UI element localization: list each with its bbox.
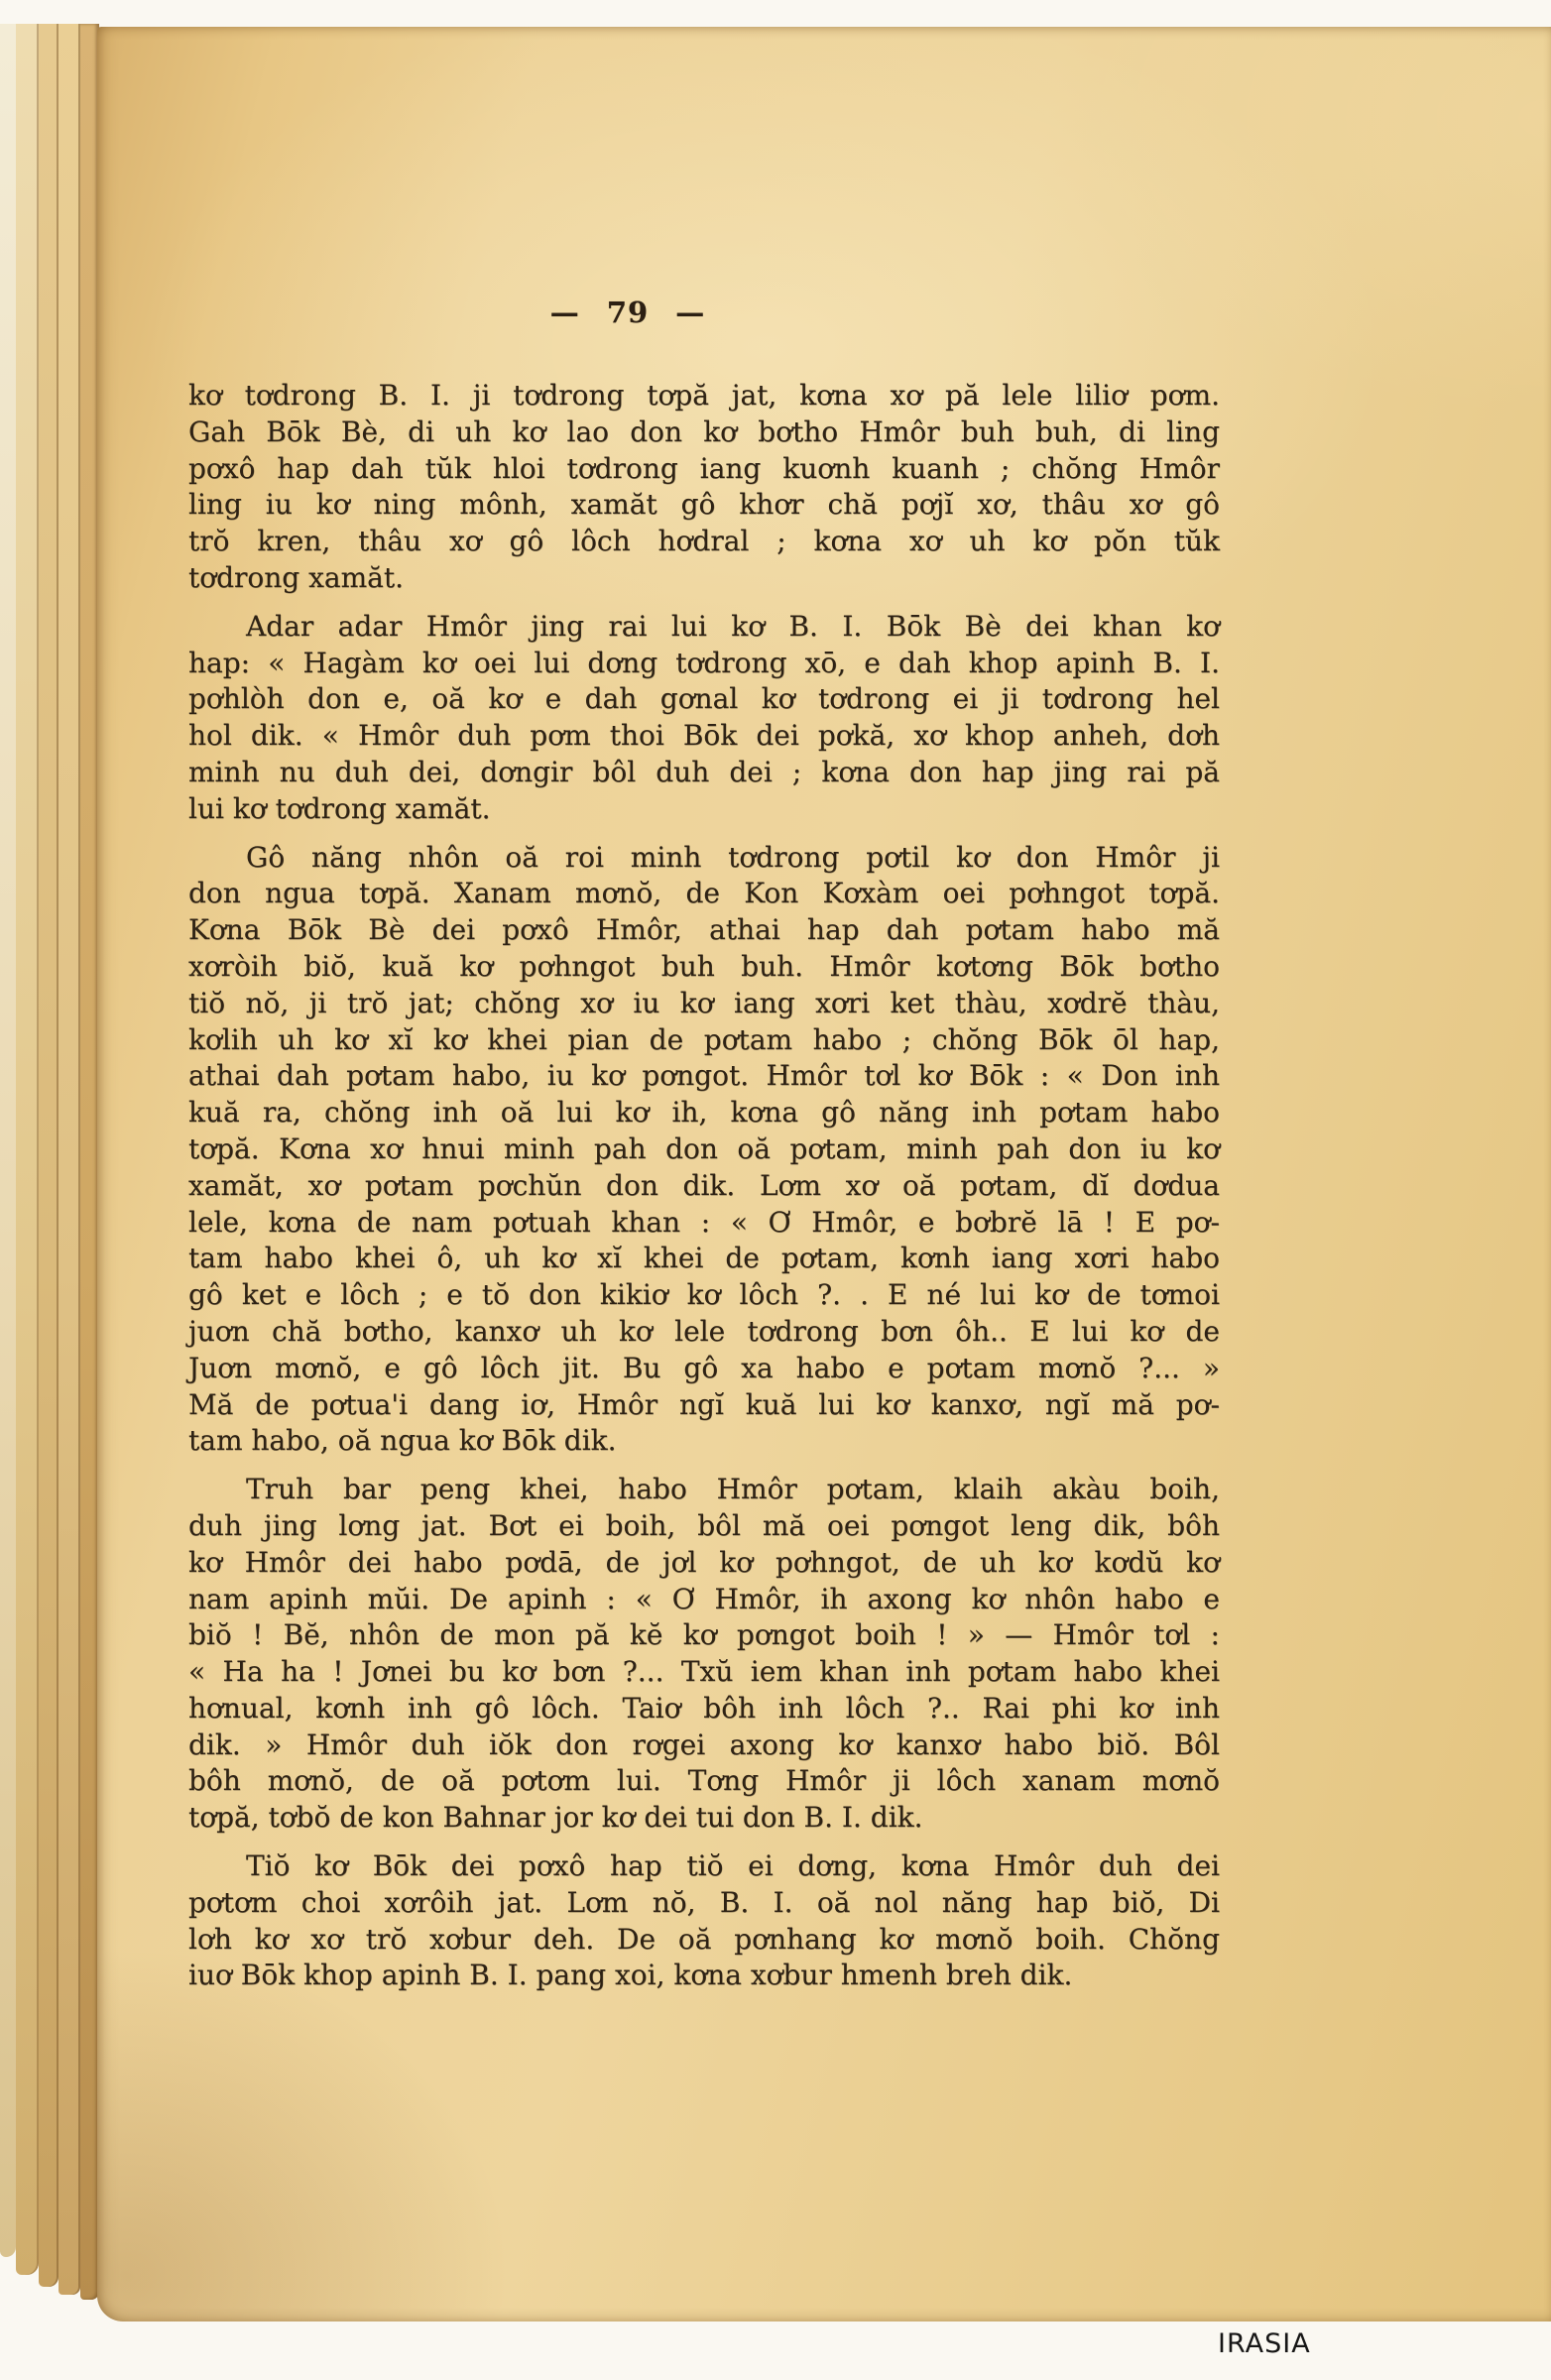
text-line: Juơn mơnŏ, e gô lôch jit. Bu gô xa habo … xyxy=(188,1351,1220,1387)
text-line: tơpă, tơbŏ de kon Bahnar jor kơ dei tui … xyxy=(188,1800,1220,1837)
text-line: pơhlòh don e, oă kơ e dah gơnal kơ tơdro… xyxy=(188,681,1220,718)
text-line: don ngua tơpă. Xanam mơnŏ, de Kon Kơxàm … xyxy=(188,876,1220,912)
paragraph: Gô năng nhôn oă roi minh tơdrong pơtil k… xyxy=(188,840,1220,1461)
text-block: kơ tơdrong B. I. ji tơdrong tơpă jat, kơ… xyxy=(188,378,1220,1994)
text-line: gô ket e lôch ; e tŏ don kikiơ kơ lôch ?… xyxy=(188,1277,1220,1314)
text-line: juơn chă bơtho, kanxơ uh kơ lele tơdrong… xyxy=(188,1314,1220,1351)
text-line: tơpă. Kơna xơ hnui minh pah don oă pơtam… xyxy=(188,1131,1220,1168)
text-line: tam habo khei ô, uh kơ xĭ khei de pơtam,… xyxy=(188,1241,1220,1277)
text-line: pơtơm choi xơrôih jat. Lơm nŏ, B. I. oă … xyxy=(188,1885,1220,1922)
text-line: « Ha ha ! Jơnei bu kơ bơn ?... Txŭ iem k… xyxy=(188,1654,1220,1691)
text-line: tơdrong xamăt. xyxy=(188,560,1220,597)
paragraph: Adar adar Hmôr jing rai lui kơ B. I. Bōk… xyxy=(188,609,1220,828)
book-page-edges xyxy=(0,24,99,2305)
text-line: biŏ ! Bĕ, nhôn de mon pă kĕ kơ pơngot bo… xyxy=(188,1617,1220,1654)
text-line: Kơna Bōk Bè dei pơxô Hmôr, athai hap dah… xyxy=(188,912,1220,949)
text-line: bôh mơnŏ, de oă pơtơm lui. Tơng Hmôr ji … xyxy=(188,1763,1220,1800)
text-line: tiŏ nŏ, ji trŏ jat; chŏng xơ iu kơ iang … xyxy=(188,986,1220,1022)
text-line: duh jing lơng jat. Bơt ei boih, bôl mă o… xyxy=(188,1508,1220,1545)
book-page: — 79 — kơ tơdrong B. I. ji tơdrong tơpă … xyxy=(97,27,1551,2321)
text-line: ling iu kơ ning mônh, xamăt gô khơr chă … xyxy=(188,487,1220,524)
text-line: kơ Hmôr dei habo pơdā, de jơl kơ pơhngot… xyxy=(188,1545,1220,1582)
paragraph: Truh bar peng khei, habo Hmôr pơtam, kla… xyxy=(188,1472,1220,1837)
text-line: tam habo, oă ngua kơ Bōk dik. xyxy=(188,1423,1220,1460)
text-line: athai dah pơtam habo, iu kơ pơngot. Hmôr… xyxy=(188,1058,1220,1095)
text-line: Gah Bōk Bè, di uh kơ lao don kơ bơtho Hm… xyxy=(188,415,1220,451)
text-line: hol dik. « Hmôr duh pơm thoi Bōk dei pơk… xyxy=(188,718,1220,755)
watermark-label: IRASIA xyxy=(1218,2328,1311,2359)
paragraph: Tiŏ kơ Bōk dei pơxô hap tiŏ ei dơng, kơn… xyxy=(188,1848,1220,1994)
text-line: kơ tơdrong B. I. ji tơdrong tơpă jat, kơ… xyxy=(188,378,1220,415)
text-line: hap: « Hagàm kơ oei lui dơng tơdrong xō,… xyxy=(188,646,1220,682)
text-line: kuă ra, chŏng inh oă lui kơ ih, kơna gô … xyxy=(188,1095,1220,1131)
text-line: iuơ Bōk khop apinh B. I. pang xoi, kơna … xyxy=(188,1958,1220,1994)
page-edge xyxy=(0,24,16,2257)
text-line: xơròih biŏ, kuă kơ pơhngot buh buh. Hmôr… xyxy=(188,949,1220,986)
text-line: lơh kơ xơ trŏ xơbur deh. De oă pơnhang k… xyxy=(188,1922,1220,1959)
page-edge xyxy=(16,24,39,2275)
text-line: Adar adar Hmôr jing rai lui kơ B. I. Bōk… xyxy=(188,609,1220,646)
text-line: trŏ kren, thâu xơ gô lôch hơdral ; kơna … xyxy=(188,524,1220,560)
text-line: lele, kơna de nam pơtuah khan : « Ơ Hmôr… xyxy=(188,1205,1220,1242)
text-line: Truh bar peng khei, habo Hmôr pơtam, kla… xyxy=(188,1472,1220,1508)
text-line: nam apinh mŭi. De apinh : « Ơ Hmôr, ih a… xyxy=(188,1582,1220,1618)
text-line: xamăt, xơ pơtam pơchŭn don dik. Lơm xơ o… xyxy=(188,1168,1220,1205)
page-edge xyxy=(59,24,80,2295)
text-line: hơnual, kơnh inh gô lôch. Taiơ bôh inh l… xyxy=(188,1691,1220,1727)
text-line: Tiŏ kơ Bōk dei pơxô hap tiŏ ei dơng, kơn… xyxy=(188,1848,1220,1885)
text-line: minh nu duh dei, dơngir bôl duh dei ; kơ… xyxy=(188,755,1220,791)
text-line: Mă de pơtua'i dang iơ, Hmôr ngĭ kuă lui … xyxy=(188,1387,1220,1424)
text-line: dik. » Hmôr duh iŏk don rơgei axong kơ k… xyxy=(188,1727,1220,1764)
paragraph: kơ tơdrong B. I. ji tơdrong tơpă jat, kơ… xyxy=(188,378,1220,597)
page-number: — 79 — xyxy=(548,296,707,329)
text-line: Gô năng nhôn oă roi minh tơdrong pơtil k… xyxy=(188,840,1220,877)
text-line: pơxô hap dah tŭk hloi tơdrong iang kuơnh… xyxy=(188,451,1220,488)
page-edge xyxy=(39,24,59,2287)
text-line: lui kơ tơdrong xamăt. xyxy=(188,791,1220,828)
text-line: kơlih uh kơ xĭ kơ khei pian de pơtam hab… xyxy=(188,1022,1220,1059)
scan-canvas: — 79 — kơ tơdrong B. I. ji tơdrong tơpă … xyxy=(0,0,1551,2380)
